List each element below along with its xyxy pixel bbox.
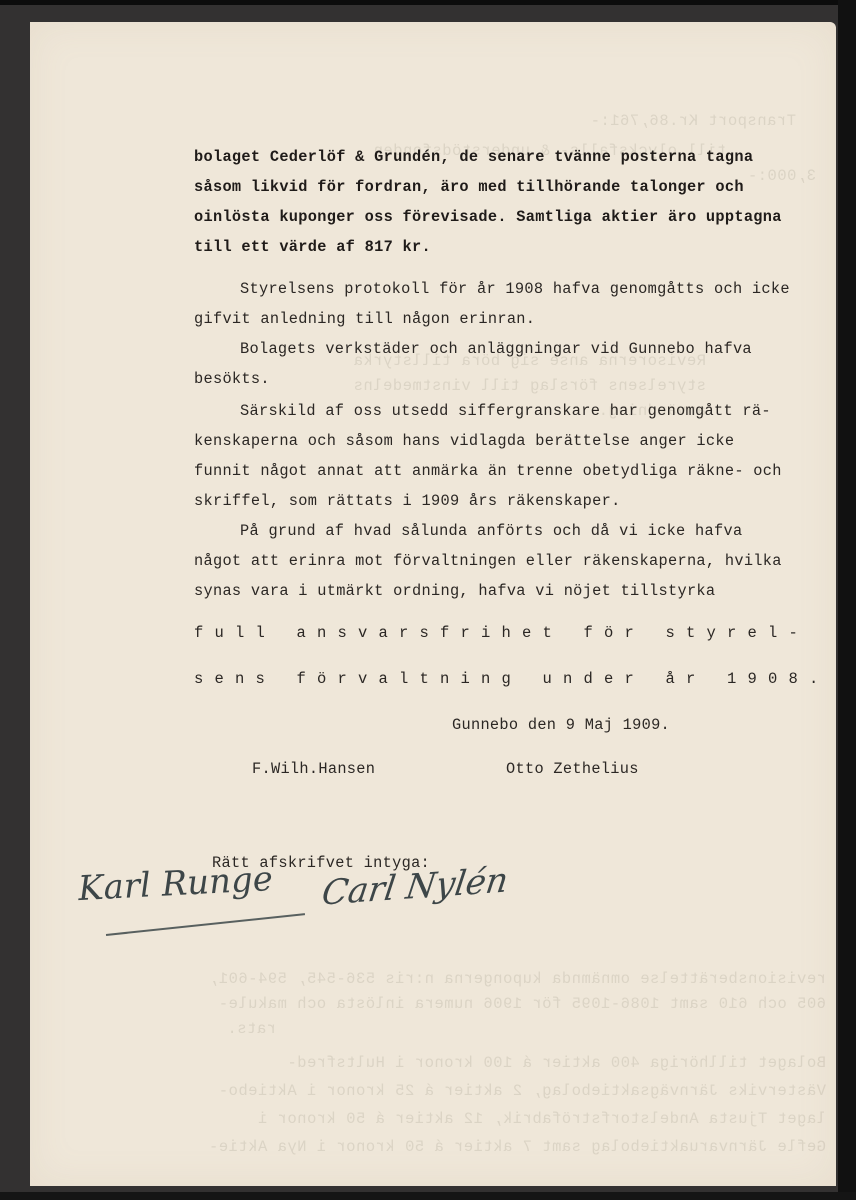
bleed-through-text: Transport Kr.86,761:- till olycksfalls- … <box>30 22 836 1186</box>
bleed-line: rats. <box>227 1020 276 1038</box>
paragraph-4-line-2: kenskaperna och såsom hans vidlagda berä… <box>194 432 734 450</box>
bleed-line: styrelsens förslag till vinstmedelns <box>353 377 706 395</box>
signatory-zethelius: Otto Zethelius <box>506 760 639 778</box>
bleed-line: Transport Kr.86,761:- <box>590 112 796 130</box>
bleed-line: laget Tjusta Andelstorfströfabrik, 12 ak… <box>258 1110 827 1128</box>
bleed-line: 3,000:- <box>747 167 816 185</box>
bleed-line: Västerviks Järnvägsaktiebolag, 2 aktier … <box>218 1082 826 1100</box>
paragraph-2-line-2: gifvit anledning till någon erinran. <box>194 310 535 328</box>
paragraph-1-line-1: bolaget Cederlöf & Grundén, de senare tv… <box>194 148 753 166</box>
handwritten-signature-runge: Karl Runge <box>77 859 274 909</box>
paragraph-4-line-3: funnit något annat att anmärka än trenne… <box>194 462 782 480</box>
signature-underline <box>106 913 305 935</box>
document-page: Transport Kr.86,761:- till olycksfalls- … <box>30 22 836 1186</box>
paragraph-5-line-3: synas vara i utmärkt ordning, hafva vi n… <box>194 582 715 600</box>
paragraph-2-line-1: Styrelsens protokoll för år 1908 hafva g… <box>240 280 790 298</box>
signatory-hansen: F.Wilh.Hansen <box>252 760 375 778</box>
paragraph-4-line-4: skriffel, som rättats i 1909 års räkensk… <box>194 492 621 510</box>
bleed-line: 605 och 610 samt 1086-1095 för 1906 nume… <box>218 995 826 1013</box>
bleed-line: Bolaget tillhöriga 400 aktier á 100 kron… <box>287 1054 826 1072</box>
paragraph-1-line-4: till ett värde af 817 kr. <box>194 238 431 256</box>
paragraph-1-line-3: oinlösta kuponger oss förevisade. Samtli… <box>194 208 782 226</box>
paragraph-3-line-2: besökts. <box>194 370 270 388</box>
paragraph-1-line-2: såsom likvid för fordran, äro med tillhö… <box>194 178 744 196</box>
scan-border-bottom <box>0 1192 856 1200</box>
bleed-line: Gefle Järnvaruaktiebolag samt 7 aktier á… <box>209 1138 827 1156</box>
paragraph-5-line-1: På grund af hvad sålunda anförts och då … <box>240 522 742 540</box>
paragraph-4-line-1: Särskild af oss utsedd siffergranskare h… <box>240 402 771 420</box>
paragraph-5-line-2: något att erinra mot förvaltningen eller… <box>194 552 782 570</box>
bleed-line: revisionsberättelse omnämnda kupongerna … <box>209 970 827 988</box>
scan-border-top <box>0 0 856 5</box>
scan-border-right <box>838 0 856 1200</box>
paragraph-3-line-1: Bolagets verkstäder och anläggningar vid… <box>240 340 752 358</box>
conclusion-line-1: full ansvarsfrihet för styrel- <box>194 624 809 642</box>
conclusion-line-2: sens förvaltning under år 1908. <box>194 670 830 688</box>
place-date: Gunnebo den 9 Maj 1909. <box>452 716 670 734</box>
